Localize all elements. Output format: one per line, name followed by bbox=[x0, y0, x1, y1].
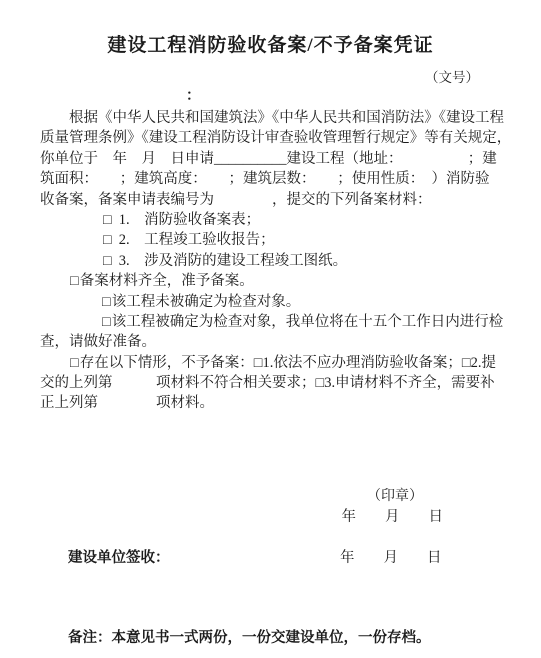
sign-label: 建设单位签收： bbox=[68, 550, 170, 566]
checkbox-icon[interactable]: □ bbox=[103, 210, 112, 230]
addressee-line: ： bbox=[40, 86, 501, 106]
material-item-2: □2. 工程竣工验收报告； bbox=[103, 230, 501, 250]
decision-not-check: □该工程未被确定为检查对象。 bbox=[102, 292, 501, 312]
document-page: 建设工程消防验收备案/不予备案凭证 （文号） ： 根据《中华人民共和国建筑法》《… bbox=[0, 0, 541, 658]
checkbox-icon[interactable]: □ bbox=[102, 312, 111, 332]
decision-approve-label: 备案材料齐全，准予备案。 bbox=[80, 273, 254, 289]
intro-line-4: 筑面积： ；建筑高度： ；建筑层数： ；使用性质： ）消防验 bbox=[40, 169, 501, 189]
material-item-1: □1. 消防验收备案表； bbox=[103, 210, 501, 230]
body-text: 根据《中华人民共和国建筑法》《中华人民共和国消防法》《建设工程 质量管理条例》《… bbox=[40, 108, 501, 414]
decision-reject-line-1-label: 存在以下情形，不予备案：□1.依法不应办理消防验收备案；□2.提 bbox=[80, 355, 496, 371]
doc-number-label: （文号） bbox=[40, 70, 501, 86]
decision-reject-line-2: 交的上列第 项材料不符合相关要求；□3.申请材料不齐全，需要补 bbox=[40, 373, 501, 393]
decision-check-line-1-label: 该工程被确定为检查对象，我单位将在十五个工作日内进行检 bbox=[112, 314, 504, 330]
material-item-3: □3. 涉及消防的建设工程竣工图纸。 bbox=[103, 251, 501, 271]
intro-line-3-with-fill-blank: 你单位于 年 月 日申请__________建设工程（地址： ；建 bbox=[40, 149, 501, 169]
page-title: 建设工程消防验收备案/不予备案凭证 bbox=[40, 0, 501, 58]
sign-date-line: 年 月 日 bbox=[340, 548, 442, 568]
note-line: 备注：本意见书一式两份，一份交建设单位，一份存档。 bbox=[40, 628, 501, 648]
material-item-1-label: 1. 消防验收备案表； bbox=[119, 212, 260, 228]
intro-line-1: 根据《中华人民共和国建筑法》《中华人民共和国消防法》《建设工程 bbox=[40, 108, 501, 128]
material-item-2-label: 2. 工程竣工验收报告； bbox=[119, 232, 275, 248]
seal-date-line: 年 月 日 bbox=[40, 507, 501, 527]
decision-not-check-label: 该工程未被确定为检查对象。 bbox=[112, 294, 301, 310]
decision-reject-line-3: 正上列第 项材料。 bbox=[40, 393, 501, 413]
checkbox-icon[interactable]: □ bbox=[103, 230, 112, 250]
decision-approve: □备案材料齐全，准予备案。 bbox=[70, 271, 501, 291]
decision-reject-line-1: □存在以下情形，不予备案：□1.依法不应办理消防验收备案；□2.提 bbox=[70, 353, 501, 373]
checkbox-icon[interactable]: □ bbox=[70, 353, 79, 373]
material-item-3-label: 3. 涉及消防的建设工程竣工图纸。 bbox=[119, 253, 347, 269]
checkbox-icon[interactable]: □ bbox=[103, 251, 112, 271]
intro-line-5: 收备案，备案申请表编号为 ，提交的下列备案材料： bbox=[40, 190, 501, 210]
seal-placeholder-label: （印章） bbox=[40, 487, 501, 507]
decision-check-line-1: □该工程被确定为检查对象，我单位将在十五个工作日内进行检 bbox=[102, 312, 501, 332]
decision-check-line-2: 查，请做好准备。 bbox=[40, 332, 501, 352]
checkbox-icon[interactable]: □ bbox=[102, 292, 111, 312]
intro-line-2: 质量管理条例》《建设工程消防设计审查验收管理暂行规定》等有关规定， bbox=[40, 128, 501, 148]
checkbox-icon[interactable]: □ bbox=[70, 271, 79, 291]
sign-row: 建设单位签收： 年 月 日 bbox=[40, 548, 501, 568]
